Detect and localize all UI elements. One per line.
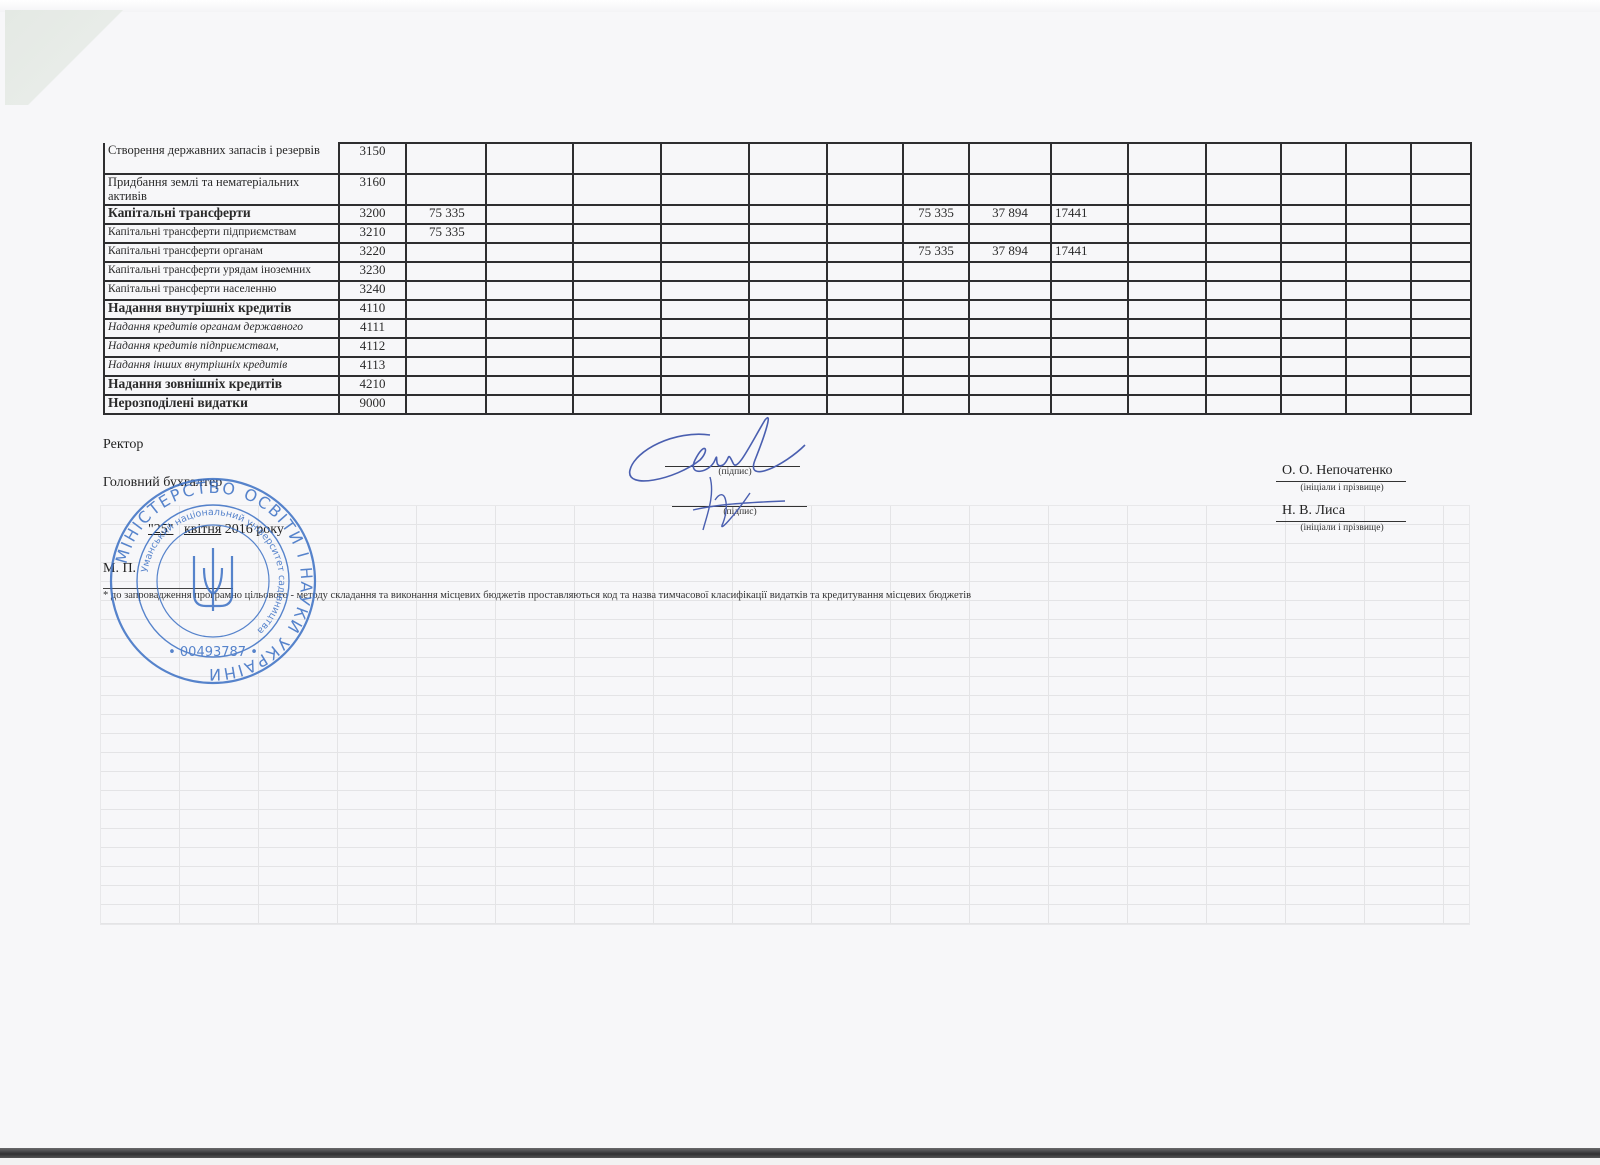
row-value [1411, 281, 1471, 300]
row-value [1346, 319, 1411, 338]
row-code: 3230 [339, 262, 406, 281]
row-value [1281, 224, 1346, 243]
row-value [1281, 174, 1346, 205]
table-row: Капітальні трансферти320075 33575 33537 … [104, 205, 1471, 224]
table-row: Капітальні трансферти населенню3240 [104, 281, 1471, 300]
row-value [406, 376, 486, 395]
row-value [1346, 243, 1411, 262]
row-code: 3160 [339, 174, 406, 205]
row-value [661, 319, 749, 338]
row-value [1411, 205, 1471, 224]
row-value [1128, 143, 1206, 174]
row-value [1051, 395, 1128, 414]
row-name: Надання інших внутрішніх кредитів [104, 357, 339, 376]
row-value [486, 357, 573, 376]
row-name: Надання кредитів органам державного [104, 319, 339, 338]
row-value [1206, 262, 1281, 281]
row-value [969, 262, 1051, 281]
row-value [1206, 319, 1281, 338]
row-value [969, 357, 1051, 376]
rector-name: О. О. Непочатенко [1282, 463, 1392, 479]
row-value [486, 319, 573, 338]
row-value [1128, 300, 1206, 319]
row-value: 37 894 [969, 205, 1051, 224]
row-value [573, 243, 661, 262]
row-value: 37 894 [969, 243, 1051, 262]
row-value [1411, 357, 1471, 376]
row-value [969, 395, 1051, 414]
row-value [486, 281, 573, 300]
row-value [749, 205, 827, 224]
row-value: 75 335 [903, 243, 969, 262]
row-value [661, 224, 749, 243]
scan-bottom-margin [0, 1158, 1600, 1165]
row-value [1281, 376, 1346, 395]
row-value [1346, 338, 1411, 357]
row-name: Капітальні трансферти [104, 205, 339, 224]
row-value [749, 224, 827, 243]
row-value [1346, 143, 1411, 174]
row-value [903, 174, 969, 205]
row-code: 9000 [339, 395, 406, 414]
rector-name-line [1276, 481, 1406, 482]
row-name: Капітальні трансферти урядам іноземних [104, 262, 339, 281]
row-value [1128, 281, 1206, 300]
row-value [406, 243, 486, 262]
row-value [1128, 376, 1206, 395]
row-value [486, 338, 573, 357]
row-value [1128, 338, 1206, 357]
row-value [903, 395, 969, 414]
row-value [903, 319, 969, 338]
row-value [1206, 174, 1281, 205]
row-value [1128, 224, 1206, 243]
row-value [1346, 224, 1411, 243]
row-value [1206, 338, 1281, 357]
row-value [827, 376, 903, 395]
row-value [903, 281, 969, 300]
row-value [486, 376, 573, 395]
row-value [1206, 281, 1281, 300]
row-value [573, 262, 661, 281]
scan-bottom-edge [0, 1148, 1600, 1158]
row-value [486, 143, 573, 174]
row-value [1281, 357, 1346, 376]
row-value [1411, 174, 1471, 205]
svg-text:• 00493787 •: • 00493787 • [168, 645, 258, 660]
row-name: Придбання землі та нематеріальних активі… [104, 174, 339, 205]
row-value [1411, 262, 1471, 281]
row-value [1281, 338, 1346, 357]
row-value [573, 357, 661, 376]
table-row: Надання кредитів органам державного4111 [104, 319, 1471, 338]
row-value [1411, 338, 1471, 357]
official-stamp-icon: МІНІСТЕРСТВО ОСВІТИ І НАУКИ УКРАЇНИ Уман… [108, 476, 318, 686]
scan-top-edge [0, 0, 1600, 12]
row-value [1281, 262, 1346, 281]
row-value [969, 224, 1051, 243]
row-code: 4112 [339, 338, 406, 357]
row-value [903, 357, 969, 376]
row-value [661, 174, 749, 205]
row-value [661, 262, 749, 281]
row-value [573, 300, 661, 319]
row-value [1281, 319, 1346, 338]
row-value [573, 143, 661, 174]
row-value [1411, 319, 1471, 338]
row-value [1128, 205, 1206, 224]
row-value [1281, 395, 1346, 414]
row-value [903, 224, 969, 243]
expenditure-table: Створення державних запасів і резервів31… [103, 142, 1472, 415]
row-value [827, 262, 903, 281]
row-code: 4111 [339, 319, 406, 338]
row-name: Капітальні трансферти підприємствам [104, 224, 339, 243]
row-value [827, 243, 903, 262]
row-value [406, 319, 486, 338]
row-value [406, 143, 486, 174]
row-value [486, 205, 573, 224]
accountant-name-line [1276, 521, 1406, 522]
row-value [406, 357, 486, 376]
row-value [1206, 224, 1281, 243]
row-value [661, 205, 749, 224]
row-value [969, 300, 1051, 319]
row-value [573, 376, 661, 395]
row-value [827, 338, 903, 357]
row-value [406, 395, 486, 414]
table-row: Створення державних запасів і резервів31… [104, 143, 1471, 174]
row-value [406, 300, 486, 319]
row-value [827, 357, 903, 376]
row-code: 3240 [339, 281, 406, 300]
row-name: Нерозподілені видатки [104, 395, 339, 414]
row-value [1128, 357, 1206, 376]
row-value [1346, 262, 1411, 281]
row-value [903, 143, 969, 174]
accountant-name-caption: (ініціали і прізвище) [1282, 523, 1402, 533]
row-value: 75 335 [903, 205, 969, 224]
row-value [827, 143, 903, 174]
row-value [969, 319, 1051, 338]
row-value [1346, 281, 1411, 300]
row-value [749, 376, 827, 395]
row-value [969, 376, 1051, 395]
row-code: 3210 [339, 224, 406, 243]
row-value [969, 281, 1051, 300]
row-value [749, 357, 827, 376]
row-value [1411, 143, 1471, 174]
row-value [903, 376, 969, 395]
row-value [406, 174, 486, 205]
table-row: Капітальні трансферти урядам іноземних32… [104, 262, 1471, 281]
row-value [749, 262, 827, 281]
row-code: 3150 [339, 143, 406, 174]
row-value [1206, 376, 1281, 395]
row-name: Надання кредитів підприємствам, [104, 338, 339, 357]
row-value [749, 338, 827, 357]
row-value [1281, 281, 1346, 300]
row-value [827, 300, 903, 319]
row-value [1411, 395, 1471, 414]
row-value [1051, 319, 1128, 338]
row-value [406, 262, 486, 281]
row-value [903, 262, 969, 281]
row-code: 4113 [339, 357, 406, 376]
row-value [749, 174, 827, 205]
row-value [486, 243, 573, 262]
row-name: Створення державних запасів і резервів [104, 143, 339, 174]
row-value [1411, 376, 1471, 395]
row-value [1206, 395, 1281, 414]
row-value [661, 300, 749, 319]
row-value [661, 143, 749, 174]
table-row: Надання внутрішніх кредитів4110 [104, 300, 1471, 319]
row-value [827, 224, 903, 243]
row-value [1206, 143, 1281, 174]
row-value [661, 281, 749, 300]
row-value [486, 300, 573, 319]
row-name: Надання внутрішніх кредитів [104, 300, 339, 319]
row-value [486, 174, 573, 205]
row-value: 17441 [1051, 243, 1128, 262]
row-value [1281, 143, 1346, 174]
row-value [1346, 174, 1411, 205]
row-value [573, 338, 661, 357]
row-value [1051, 224, 1128, 243]
row-value [749, 143, 827, 174]
row-value [406, 338, 486, 357]
row-value [749, 281, 827, 300]
row-value [486, 224, 573, 243]
row-value [827, 319, 903, 338]
row-value [1206, 243, 1281, 262]
row-value [1051, 357, 1128, 376]
rector-name-caption: (ініціали і прізвище) [1282, 483, 1402, 493]
row-value [1346, 300, 1411, 319]
row-code: 3200 [339, 205, 406, 224]
row-value [486, 262, 573, 281]
row-value [1281, 205, 1346, 224]
table-row: Капітальні трансферти органам322075 3353… [104, 243, 1471, 262]
row-value [1128, 262, 1206, 281]
row-value [406, 281, 486, 300]
rector-signature-icon [615, 405, 835, 540]
row-value: 75 335 [406, 224, 486, 243]
row-value [573, 205, 661, 224]
row-value [1346, 205, 1411, 224]
row-value [1206, 205, 1281, 224]
row-name: Капітальні трансферти населенню [104, 281, 339, 300]
row-value [903, 338, 969, 357]
row-value [1411, 243, 1471, 262]
row-value [1346, 357, 1411, 376]
row-value [827, 395, 903, 414]
row-value [1051, 143, 1128, 174]
row-value [1051, 338, 1128, 357]
row-value [749, 243, 827, 262]
row-value [661, 243, 749, 262]
row-value [1051, 281, 1128, 300]
table-row: Придбання землі та нематеріальних активі… [104, 174, 1471, 205]
row-value [1346, 376, 1411, 395]
row-value [1281, 243, 1346, 262]
row-value [661, 338, 749, 357]
row-value [827, 281, 903, 300]
row-value [1051, 300, 1128, 319]
row-value: 17441 [1051, 205, 1128, 224]
row-value [573, 174, 661, 205]
row-value [1051, 376, 1128, 395]
row-value [969, 174, 1051, 205]
table-row: Капітальні трансферти підприємствам32107… [104, 224, 1471, 243]
row-value [749, 300, 827, 319]
row-value [1128, 174, 1206, 205]
row-value [969, 143, 1051, 174]
row-value [1346, 395, 1411, 414]
table-row: Надання зовнішніх кредитів4210 [104, 376, 1471, 395]
row-value [1051, 262, 1128, 281]
table-body: Створення державних запасів і резервів31… [104, 143, 1471, 414]
row-value [1411, 224, 1471, 243]
row-value [573, 319, 661, 338]
row-value [661, 357, 749, 376]
row-value [1411, 300, 1471, 319]
row-value [573, 224, 661, 243]
row-value [1206, 357, 1281, 376]
row-value [661, 376, 749, 395]
table-row: Надання кредитів підприємствам,4112 [104, 338, 1471, 357]
folded-page-corner [5, 10, 145, 105]
row-value [1128, 319, 1206, 338]
row-value [573, 281, 661, 300]
row-value [1128, 395, 1206, 414]
row-code: 4110 [339, 300, 406, 319]
row-code: 3220 [339, 243, 406, 262]
rector-label: Ректор [103, 437, 143, 453]
row-value [486, 395, 573, 414]
row-value [1206, 300, 1281, 319]
row-value [827, 174, 903, 205]
row-name: Надання зовнішніх кредитів [104, 376, 339, 395]
row-value: 75 335 [406, 205, 486, 224]
row-value [1051, 174, 1128, 205]
row-value [969, 338, 1051, 357]
row-value [1128, 243, 1206, 262]
row-value [1281, 300, 1346, 319]
table-row: Надання інших внутрішніх кредитів4113 [104, 357, 1471, 376]
row-value [749, 319, 827, 338]
accountant-name: Н. В. Лиса [1282, 503, 1345, 519]
row-value [903, 300, 969, 319]
row-code: 4210 [339, 376, 406, 395]
row-name: Капітальні трансферти органам [104, 243, 339, 262]
row-value [827, 205, 903, 224]
